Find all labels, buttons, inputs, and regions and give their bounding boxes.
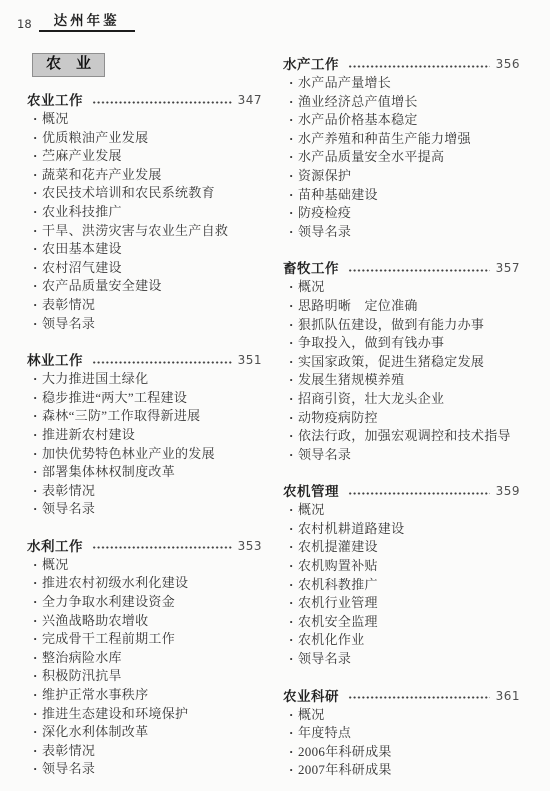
toc-entry: ·农机提灌建设: [289, 538, 520, 557]
toc-entry: ·水产品价格基本稳定: [289, 111, 520, 130]
toc-entry: ·水产养殖和种苗生产能力增强: [289, 130, 520, 149]
toc-entry-label: 渔业经济总产值增长: [298, 93, 418, 112]
bullet-dot-icon: ·: [289, 316, 298, 335]
bullet-dot-icon: ·: [289, 278, 298, 297]
toc-entry: ·农民技术培训和农民系统教育: [33, 184, 262, 203]
toc-entry-label: 领导名录: [42, 760, 95, 779]
section-entries: ·概况·农村机耕道路建设·农机提灌建设·农机购置补贴·农机科教推广·农机行业管理…: [283, 501, 520, 668]
toc-content: 农 业 农业工作347·概况·优质粮油产业发展·苎麻产业发展·蔬菜和花卉产业发展…: [0, 32, 550, 780]
toc-entry-label: 加快优势特色林业产业的发展: [42, 445, 215, 464]
bullet-dot-icon: ·: [289, 111, 298, 130]
bullet-dot-icon: ·: [33, 259, 42, 278]
section-heading: 农业工作347: [27, 91, 262, 110]
toc-entry: ·2006年科研成果: [289, 743, 520, 762]
toc-entry: ·资源保护: [289, 167, 520, 186]
bullet-dot-icon: ·: [33, 129, 42, 148]
bullet-dot-icon: ·: [33, 574, 42, 593]
dot-leader: [348, 491, 490, 496]
toc-entry-label: 推进农村初级水利化建设: [42, 574, 188, 593]
toc-entry-label: 蔬菜和花卉产业发展: [42, 166, 162, 185]
toc-section: 畜牧工作357·概况·思路明晰 定位准确·狠抓队伍建设，做到有能力办事·争取投入…: [283, 259, 520, 464]
toc-entry-label: 农机安全监理: [298, 613, 378, 632]
toc-entry: ·蔬菜和花卉产业发展: [33, 166, 262, 185]
bullet-dot-icon: ·: [289, 371, 298, 390]
toc-entry: ·动物疫病防控: [289, 409, 520, 428]
bullet-dot-icon: ·: [33, 760, 42, 779]
bullet-dot-icon: ·: [33, 686, 42, 705]
toc-entry: ·大力推进国土绿化: [33, 370, 262, 389]
toc-entry-label: 概况: [298, 278, 325, 297]
toc-entry-label: 领导名录: [298, 223, 351, 242]
toc-entry: ·农机行业管理: [289, 594, 520, 613]
toc-entry-label: 农机化作业: [298, 631, 365, 650]
bullet-dot-icon: ·: [289, 446, 298, 465]
toc-entry: ·领导名录: [289, 650, 520, 669]
section-heading: 林业工作351: [27, 351, 262, 370]
bullet-dot-icon: ·: [33, 222, 42, 241]
toc-entry: ·农机化作业: [289, 631, 520, 650]
toc-entry-label: 年度特点: [298, 724, 351, 743]
bullet-dot-icon: ·: [289, 761, 298, 780]
dot-leader: [348, 695, 490, 700]
bullet-dot-icon: ·: [33, 426, 42, 445]
bullet-dot-icon: ·: [289, 93, 298, 112]
bullet-dot-icon: ·: [33, 296, 42, 315]
bullet-dot-icon: ·: [33, 277, 42, 296]
bullet-dot-icon: ·: [289, 631, 298, 650]
section-entries: ·概况·思路明晰 定位准确·狠抓队伍建设，做到有能力办事·争取投入，做到有钱办事…: [283, 278, 520, 464]
bullet-dot-icon: ·: [33, 667, 42, 686]
toc-entry-label: 农村沼气建设: [42, 259, 122, 278]
toc-entry: ·概况: [289, 706, 520, 725]
section-heading: 农机管理359: [283, 482, 520, 501]
toc-entry: ·领导名录: [289, 223, 520, 242]
bullet-dot-icon: ·: [289, 427, 298, 446]
toc-entry: ·农田基本建设: [33, 240, 262, 259]
bullet-dot-icon: ·: [289, 223, 298, 242]
toc-entry-label: 水产养殖和种苗生产能力增强: [298, 130, 471, 149]
bullet-dot-icon: ·: [289, 520, 298, 539]
section-entries: ·大力推进国土绿化·稳步推进“两大”工程建设·森林“三防”工作取得新进展·推进新…: [27, 370, 262, 519]
toc-entry-label: 全力争取水利建设资金: [42, 593, 175, 612]
toc-entry: ·争取投入，做到有钱办事: [289, 334, 520, 353]
toc-entry-label: 水产品价格基本稳定: [298, 111, 418, 130]
bullet-dot-icon: ·: [33, 723, 42, 742]
toc-entry-label: 2006年科研成果: [298, 743, 392, 762]
toc-entry: ·部署集体林权制度改革: [33, 463, 262, 482]
toc-entry-label: 优质粮油产业发展: [42, 129, 148, 148]
bullet-dot-icon: ·: [289, 650, 298, 669]
toc-entry: ·维护正常水事秩序: [33, 686, 262, 705]
section-title: 水产工作: [283, 55, 339, 74]
toc-entry-label: 农机购置补贴: [298, 557, 378, 576]
toc-entry: ·概况: [33, 110, 262, 129]
section-page-number: 353: [238, 537, 262, 556]
section-title: 林业工作: [27, 351, 83, 370]
section-title: 农业科研: [283, 687, 339, 706]
toc-entry-label: 概况: [298, 501, 325, 520]
toc-entry: ·概况: [289, 501, 520, 520]
toc-entry: ·优质粮油产业发展: [33, 129, 262, 148]
toc-entry-label: 推进新农村建设: [42, 426, 135, 445]
toc-entry: ·积极防汛抗旱: [33, 667, 262, 686]
toc-entry: ·加快优势特色林业产业的发展: [33, 445, 262, 464]
section-title: 农业工作: [27, 91, 83, 110]
toc-entry: ·概况: [33, 556, 262, 575]
page-number: 18: [17, 16, 32, 32]
bullet-dot-icon: ·: [33, 482, 42, 501]
toc-entry-label: 概况: [42, 110, 69, 129]
toc-entry-label: 思路明晰 定位准确: [298, 297, 418, 316]
toc-entry-label: 稳步推进“两大”工程建设: [42, 389, 187, 408]
toc-entry-label: 狠抓队伍建设，做到有能力办事: [298, 316, 484, 335]
bullet-dot-icon: ·: [33, 110, 42, 129]
toc-entry: ·年度特点: [289, 724, 520, 743]
left-sections: 农业工作347·概况·优质粮油产业发展·苎麻产业发展·蔬菜和花卉产业发展·农民技…: [27, 91, 262, 779]
section-page-number: 347: [238, 91, 262, 110]
toc-entry-label: 部署集体林权制度改革: [42, 463, 175, 482]
bullet-dot-icon: ·: [289, 130, 298, 149]
bullet-dot-icon: ·: [289, 297, 298, 316]
toc-entry: ·推进生态建设和环境保护: [33, 705, 262, 724]
bullet-dot-icon: ·: [33, 203, 42, 222]
toc-entry-label: 维护正常水事秩序: [42, 686, 148, 705]
section-entries: ·水产品产量增长·渔业经济总产值增长·水产品价格基本稳定·水产养殖和种苗生产能力…: [283, 74, 520, 241]
section-page-number: 356: [496, 55, 520, 74]
bullet-dot-icon: ·: [33, 445, 42, 464]
toc-entry-label: 农业科技推广: [42, 203, 122, 222]
bullet-dot-icon: ·: [289, 390, 298, 409]
toc-entry-label: 领导名录: [42, 315, 95, 334]
dot-leader: [92, 545, 232, 550]
toc-column-right: 水产工作356·水产品产量增长·渔业经济总产值增长·水产品价格基本稳定·水产养殖…: [283, 55, 520, 780]
section-page-number: 357: [496, 259, 520, 278]
section-heading: 农业科研361: [283, 687, 520, 706]
toc-entry-label: 领导名录: [298, 446, 351, 465]
toc-entry: ·稳步推进“两大”工程建设: [33, 389, 262, 408]
toc-entry-label: 农产品质量安全建设: [42, 277, 162, 296]
toc-entry-label: 农田基本建设: [42, 240, 122, 259]
bullet-dot-icon: ·: [289, 334, 298, 353]
bullet-dot-icon: ·: [289, 501, 298, 520]
toc-entry: ·领导名录: [33, 315, 262, 334]
toc-entry-label: 表彰情况: [42, 296, 95, 315]
toc-entry: ·领导名录: [33, 760, 262, 779]
page-header: 18 达州年鉴: [0, 0, 550, 32]
running-title: 达州年鉴: [39, 13, 135, 32]
toc-entry: ·招商引资，壮大龙头企业: [289, 390, 520, 409]
toc-entry: ·防疫检疫: [289, 204, 520, 223]
bullet-dot-icon: ·: [33, 147, 42, 166]
toc-entry: ·水产品质量安全水平提高: [289, 148, 520, 167]
toc-entry-label: 农民技术培训和农民系统教育: [42, 184, 215, 203]
bullet-dot-icon: ·: [289, 167, 298, 186]
toc-entry-label: 深化水利体制改革: [42, 723, 148, 742]
yearbook-toc-page: 18 达州年鉴 农 业 农业工作347·概况·优质粮油产业发展·苎麻产业发展·蔬…: [0, 0, 550, 791]
bullet-dot-icon: ·: [33, 500, 42, 519]
right-sections: 水产工作356·水产品产量增长·渔业经济总产值增长·水产品价格基本稳定·水产养殖…: [283, 55, 520, 780]
toc-entry: ·深化水利体制改革: [33, 723, 262, 742]
toc-entry-label: 表彰情况: [42, 482, 95, 501]
bullet-dot-icon: ·: [33, 742, 42, 761]
bullet-dot-icon: ·: [33, 630, 42, 649]
toc-entry: ·农村沼气建设: [33, 259, 262, 278]
toc-entry-label: 农村机耕道路建设: [298, 520, 404, 539]
toc-section: 林业工作351·大力推进国土绿化·稳步推进“两大”工程建设·森林“三防”工作取得…: [27, 351, 262, 519]
bullet-dot-icon: ·: [33, 240, 42, 259]
toc-entry-label: 防疫检疫: [298, 204, 351, 223]
section-heading: 畜牧工作357: [283, 259, 520, 278]
bullet-dot-icon: ·: [33, 315, 42, 334]
toc-entry: ·推进农村初级水利化建设: [33, 574, 262, 593]
dot-leader: [92, 100, 232, 105]
toc-entry-label: 概况: [298, 706, 325, 725]
bullet-dot-icon: ·: [33, 593, 42, 612]
bullet-dot-icon: ·: [33, 407, 42, 426]
toc-entry: ·表彰情况: [33, 296, 262, 315]
toc-entry: ·苎麻产业发展: [33, 147, 262, 166]
toc-entry: ·农机科教推广: [289, 576, 520, 595]
toc-entry-label: 森林“三防”工作取得新进展: [42, 407, 200, 426]
toc-entry: ·水产品产量增长: [289, 74, 520, 93]
toc-entry-label: 苗种基础建设: [298, 186, 378, 205]
bullet-dot-icon: ·: [33, 556, 42, 575]
bullet-dot-icon: ·: [289, 743, 298, 762]
bullet-dot-icon: ·: [33, 370, 42, 389]
toc-entry-label: 大力推进国土绿化: [42, 370, 148, 389]
section-entries: ·概况·优质粮油产业发展·苎麻产业发展·蔬菜和花卉产业发展·农民技术培训和农民系…: [27, 110, 262, 333]
toc-column-left: 农 业 农业工作347·概况·优质粮油产业发展·苎麻产业发展·蔬菜和花卉产业发展…: [27, 53, 262, 779]
bullet-dot-icon: ·: [33, 612, 42, 631]
bullet-dot-icon: ·: [289, 409, 298, 428]
toc-entry: ·发展生猪规模养殖: [289, 371, 520, 390]
toc-entry: ·表彰情况: [33, 482, 262, 501]
toc-entry: ·推进新农村建设: [33, 426, 262, 445]
bullet-dot-icon: ·: [289, 594, 298, 613]
bullet-dot-icon: ·: [33, 463, 42, 482]
chapter-banner: 农 业: [32, 53, 105, 77]
bullet-dot-icon: ·: [289, 557, 298, 576]
toc-entry-label: 概况: [42, 556, 69, 575]
bullet-dot-icon: ·: [33, 649, 42, 668]
section-entries: ·概况·推进农村初级水利化建设·全力争取水利建设资金·兴渔战略助农增收·完成骨干…: [27, 556, 262, 779]
toc-entry-label: 兴渔战略助农增收: [42, 612, 148, 631]
toc-entry: ·完成骨干工程前期工作: [33, 630, 262, 649]
toc-entry-label: 2007年科研成果: [298, 761, 392, 780]
section-title: 水利工作: [27, 537, 83, 556]
toc-entry: ·农产品质量安全建设: [33, 277, 262, 296]
bullet-dot-icon: ·: [33, 184, 42, 203]
toc-entry: ·兴渔战略助农增收: [33, 612, 262, 631]
section-page-number: 351: [238, 351, 262, 370]
toc-entry-label: 依法行政，加强宏观调控和技术指导: [298, 427, 511, 446]
dot-leader: [92, 360, 232, 365]
toc-entry-label: 发展生猪规模养殖: [298, 371, 404, 390]
toc-entry: ·干旱、洪涝灾害与农业生产自救: [33, 222, 262, 241]
toc-entry-label: 表彰情况: [42, 742, 95, 761]
toc-entry-label: 招商引资，壮大龙头企业: [298, 390, 444, 409]
toc-entry: ·渔业经济总产值增长: [289, 93, 520, 112]
toc-entry-label: 资源保护: [298, 167, 351, 186]
toc-entry: ·思路明晰 定位准确: [289, 297, 520, 316]
toc-entry: ·概况: [289, 278, 520, 297]
toc-section: 水产工作356·水产品产量增长·渔业经济总产值增长·水产品价格基本稳定·水产养殖…: [283, 55, 520, 241]
toc-entry: ·农机安全监理: [289, 613, 520, 632]
toc-entry-label: 苎麻产业发展: [42, 147, 122, 166]
section-title: 农机管理: [283, 482, 339, 501]
toc-entry-label: 整治病险水库: [42, 649, 122, 668]
bullet-dot-icon: ·: [289, 148, 298, 167]
toc-entry-label: 干旱、洪涝灾害与农业生产自救: [42, 222, 228, 241]
toc-entry-label: 积极防汛抗旱: [42, 667, 122, 686]
bullet-dot-icon: ·: [289, 186, 298, 205]
toc-entry: ·农机购置补贴: [289, 557, 520, 576]
bullet-dot-icon: ·: [33, 389, 42, 408]
toc-entry: ·表彰情况: [33, 742, 262, 761]
toc-entry: ·农业科技推广: [33, 203, 262, 222]
section-heading: 水利工作353: [27, 537, 262, 556]
section-title: 畜牧工作: [283, 259, 339, 278]
section-entries: ·概况·年度特点·2006年科研成果·2007年科研成果: [283, 706, 520, 780]
toc-entry-label: 领导名录: [298, 650, 351, 669]
dot-leader: [348, 64, 490, 69]
toc-entry: ·整治病险水库: [33, 649, 262, 668]
dot-leader: [348, 268, 490, 273]
toc-entry-label: 争取投入，做到有钱办事: [298, 334, 444, 353]
bullet-dot-icon: ·: [289, 576, 298, 595]
toc-entry-label: 水产品质量安全水平提高: [298, 148, 444, 167]
toc-entry: ·依法行政，加强宏观调控和技术指导: [289, 427, 520, 446]
bullet-dot-icon: ·: [289, 204, 298, 223]
toc-entry: ·狠抓队伍建设，做到有能力办事: [289, 316, 520, 335]
toc-entry-label: 推进生态建设和环境保护: [42, 705, 188, 724]
toc-section: 农业工作347·概况·优质粮油产业发展·苎麻产业发展·蔬菜和花卉产业发展·农民技…: [27, 91, 262, 333]
toc-entry-label: 领导名录: [42, 500, 95, 519]
section-page-number: 359: [496, 482, 520, 501]
section-heading: 水产工作356: [283, 55, 520, 74]
toc-entry: ·领导名录: [289, 446, 520, 465]
toc-entry: ·2007年科研成果: [289, 761, 520, 780]
toc-entry-label: 实国家政策，促进生猪稳定发展: [298, 353, 484, 372]
toc-entry: ·实国家政策，促进生猪稳定发展: [289, 353, 520, 372]
toc-entry: ·森林“三防”工作取得新进展: [33, 407, 262, 426]
toc-entry-label: 农机科教推广: [298, 576, 378, 595]
toc-section: 水利工作353·概况·推进农村初级水利化建设·全力争取水利建设资金·兴渔战略助农…: [27, 537, 262, 779]
bullet-dot-icon: ·: [289, 538, 298, 557]
bullet-dot-icon: ·: [33, 166, 42, 185]
toc-entry-label: 农机行业管理: [298, 594, 378, 613]
toc-entry: ·苗种基础建设: [289, 186, 520, 205]
toc-section: 农机管理359·概况·农村机耕道路建设·农机提灌建设·农机购置补贴·农机科教推广…: [283, 482, 520, 668]
bullet-dot-icon: ·: [289, 353, 298, 372]
bullet-dot-icon: ·: [33, 705, 42, 724]
toc-entry-label: 动物疫病防控: [298, 409, 378, 428]
toc-entry-label: 农机提灌建设: [298, 538, 378, 557]
toc-entry-label: 完成骨干工程前期工作: [42, 630, 175, 649]
bullet-dot-icon: ·: [289, 74, 298, 93]
toc-entry-label: 水产品产量增长: [298, 74, 391, 93]
toc-entry: ·全力争取水利建设资金: [33, 593, 262, 612]
toc-section: 农业科研361·概况·年度特点·2006年科研成果·2007年科研成果: [283, 687, 520, 780]
bullet-dot-icon: ·: [289, 613, 298, 632]
bullet-dot-icon: ·: [289, 724, 298, 743]
toc-entry: ·农村机耕道路建设: [289, 520, 520, 539]
bullet-dot-icon: ·: [289, 706, 298, 725]
toc-entry: ·领导名录: [33, 500, 262, 519]
section-page-number: 361: [496, 687, 520, 706]
